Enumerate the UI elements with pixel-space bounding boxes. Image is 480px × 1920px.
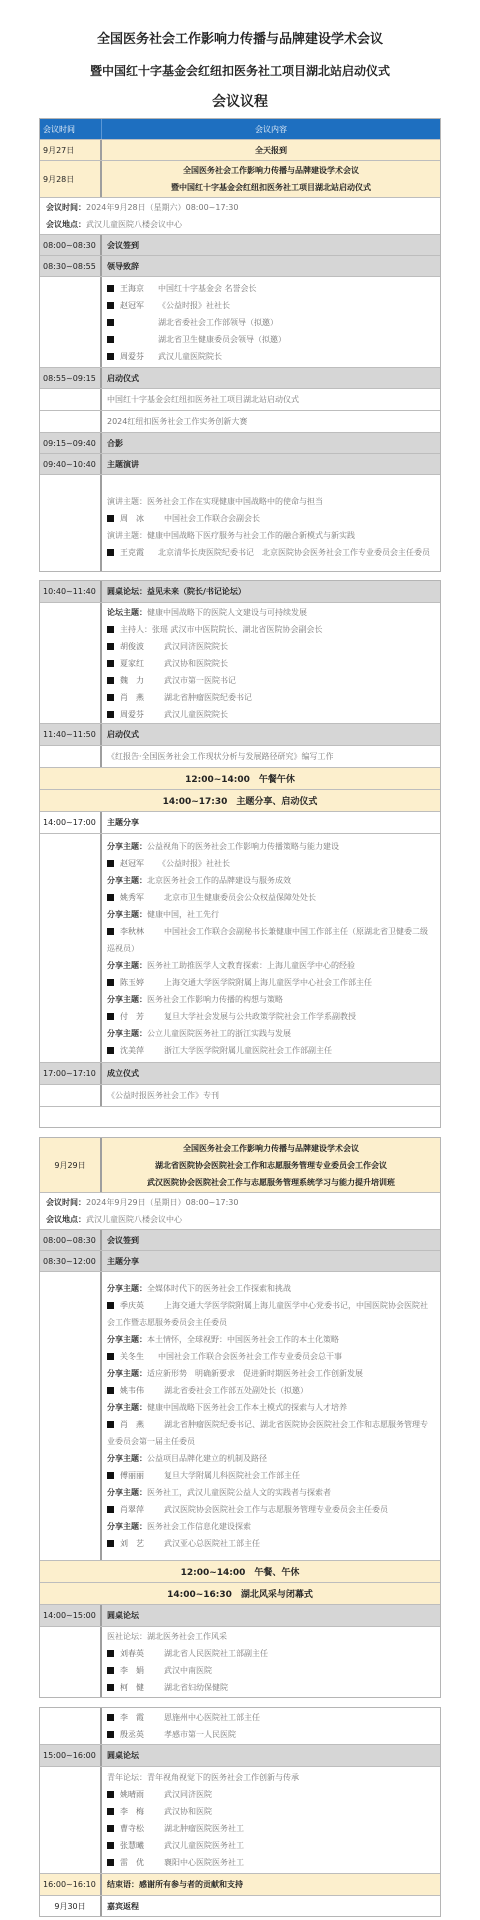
section-title: 主题分享 bbox=[102, 812, 440, 833]
person-name: 陈玉婷 bbox=[120, 974, 164, 991]
header-time: 会议时间 bbox=[40, 119, 102, 139]
section-title: 合影 bbox=[102, 433, 440, 453]
person-name: 曹寺松 bbox=[120, 1820, 164, 1837]
person-role: 武汉同济医院院长 bbox=[164, 642, 228, 651]
table-row: 16:00~16:10 结束语：感谢所有参与者的贡献和支持 bbox=[40, 1874, 440, 1896]
person-role: 中国社会工作联合会副会长 bbox=[164, 514, 260, 523]
person-name: 肖 燕 bbox=[120, 1416, 164, 1433]
section-title: 圆桌论坛 bbox=[102, 1605, 440, 1626]
talk-topic: 公益视角下的医务社会工作影响力传播策略与能力建设 bbox=[147, 842, 339, 851]
person-role: 北京市卫生健康委员会公众权益保障处处长 bbox=[164, 893, 316, 902]
bullet-square-icon bbox=[107, 1808, 114, 1815]
talk-topic: 医务社会工作在实现健康中国战略中的使命与担当 bbox=[147, 497, 323, 506]
time-cell: 08:00~08:30 bbox=[40, 1230, 102, 1250]
table-row-day28: 9月28日 全国医务社会工作影响力传播与品牌建设学术会议 暨中国红十字基金会红纽… bbox=[40, 161, 440, 198]
time-cell: 08:30~08:55 bbox=[40, 256, 102, 276]
person-role: 武汉市第一医院书记 bbox=[164, 676, 236, 685]
person-role: 北京清华长庚医院纪委书记 北京医院协会医务社会工作专业委员会主任委员 bbox=[158, 548, 430, 557]
content-cell: 全天报到 bbox=[102, 140, 440, 160]
person-name: 胡俊波 bbox=[120, 638, 164, 655]
person-name: 殷丞英 bbox=[120, 1726, 164, 1743]
place-label: 会议地点： bbox=[46, 220, 86, 229]
time-cell: 11:40~11:50 bbox=[40, 724, 102, 745]
lunch-row: 12:00~14:00 午餐、午休 bbox=[40, 1561, 440, 1583]
person-role: 湖北肿瘤医院医务社工 bbox=[164, 1824, 244, 1833]
content-cell: 全国医务社会工作影响力传播与品牌建设学术会议 暨中国红十字基金会红纽扣医务社工项… bbox=[102, 161, 440, 197]
talk-topic: 公立儿童医院医务社工的浙江实践与发展 bbox=[147, 1029, 291, 1038]
table-row: 14:00~17:00 主题分享 bbox=[40, 812, 440, 834]
time-cell: 15:00~16:00 bbox=[40, 1745, 102, 1766]
person-name: 雷 优 bbox=[120, 1854, 164, 1871]
content-cell: 嘉宾返程 bbox=[102, 1896, 440, 1916]
table-row: 论坛主题：健康中国战略下的医院人文建设与可持续发展 主持人：张瑶 武汉市中医院院… bbox=[40, 603, 440, 724]
agenda-table-part2: 10:40~11:40 圆桌论坛：益见未来（院长/书记论坛） 论坛主题：健康中国… bbox=[39, 580, 441, 1128]
person-role: 湖北省委社会工作部领导（拟邀） bbox=[158, 318, 278, 327]
place-label: 会议地点： bbox=[46, 1215, 86, 1224]
time-cell: 09:40~10:40 bbox=[40, 454, 102, 474]
person-role: 武汉医院协会医院社会工作与志愿服务管理专业委员会主任委员 bbox=[164, 1505, 388, 1514]
person-name: 关冬生 bbox=[120, 1348, 158, 1365]
person-name: 周爱芬 bbox=[120, 706, 164, 723]
lunch-row: 12:00~14:00 午餐午休 bbox=[40, 768, 440, 790]
talk-label: 演讲主题： bbox=[107, 497, 147, 506]
table-row: 17:00~17:10 成立仪式 bbox=[40, 1063, 440, 1085]
person-role: 武汉协和医院院长 bbox=[164, 659, 228, 668]
person-name: 刘 艺 bbox=[120, 1535, 164, 1552]
time-cell: 14:00~17:00 bbox=[40, 812, 102, 833]
bullet-square-icon bbox=[107, 1472, 114, 1479]
main-title: 全国医务社会工作影响力传播与品牌建设学术会议 bbox=[0, 24, 480, 56]
bullet-square-icon bbox=[107, 928, 114, 935]
table-row: 08:55~09:15 启动仪式 bbox=[40, 368, 440, 389]
person-role: 湖北省妇幼保健院 bbox=[164, 1683, 228, 1692]
empty-cell bbox=[40, 1085, 102, 1106]
bullet-square-icon bbox=[107, 626, 114, 633]
bullet-square-icon bbox=[107, 353, 114, 360]
bullet-square-icon bbox=[107, 894, 114, 901]
talk-label: 分享主题： bbox=[107, 1454, 147, 1463]
table-row: 09:40~10:40 主题演讲 bbox=[40, 454, 440, 475]
agenda-table-part1: 会议时间 会议内容 9月27日 全天报到 9月28日 全国医务社会工作影响力传播… bbox=[39, 118, 441, 572]
table-row: 青年论坛：青年视角视觉下的医务社会工作创新与传承 姚晴雨武汉同济医院 李 梅武汉… bbox=[40, 1767, 440, 1874]
person-role: 中国社会工作联合会医务社会工作专业委员会总干事 bbox=[158, 1352, 342, 1361]
talk-label: 分享主题： bbox=[107, 1488, 147, 1497]
host-label: 主持人： bbox=[120, 625, 152, 634]
lunch-break: 12:00~14:00 午餐午休 bbox=[40, 768, 440, 789]
bullet-square-icon bbox=[107, 1302, 114, 1309]
person-role: 《公益时报》社社长 bbox=[158, 859, 230, 868]
table-row-day29: 9月29日 全国医务社会工作影响力传播与品牌建设学术会议 湖北省医院协会医院社会… bbox=[40, 1138, 440, 1193]
person-role: 恩施州中心医院社工部主任 bbox=[164, 1713, 260, 1722]
empty-cell bbox=[40, 1708, 102, 1744]
time-cell: 14:00~15:00 bbox=[40, 1605, 102, 1626]
table-row: 王海京中国红十字基金会 名誉会长 赵冠军《公益时报》社社长 湖北省委社会工作部领… bbox=[40, 277, 440, 368]
person-role: 武汉同济医院 bbox=[164, 1790, 212, 1799]
section-title: 圆桌论坛 bbox=[102, 1745, 440, 1766]
content-cell: 《红报告·全国医务社会工作现状分析与发展路径研究》编写工作 bbox=[102, 746, 440, 767]
bullet-square-icon bbox=[107, 1731, 114, 1738]
person-name: 赵冠军 bbox=[120, 855, 158, 872]
bullet-square-icon bbox=[107, 336, 114, 343]
person-name: 赵冠军 bbox=[120, 297, 158, 314]
date-cell: 9月30日 bbox=[40, 1896, 102, 1916]
section-title: 主题演讲 bbox=[102, 454, 440, 474]
person-role: 中国红十字基金会 名誉会长 bbox=[158, 284, 257, 293]
forum-list: 论坛主题：健康中国战略下的医院人文建设与可持续发展 主持人：张瑶 武汉市中医院院… bbox=[102, 603, 440, 723]
section-title: 会议签到 bbox=[102, 1230, 440, 1250]
time-label: 会议时间： bbox=[46, 203, 86, 212]
talk-label: 分享主题： bbox=[107, 910, 147, 919]
agenda-table-part3: 9月29日 全国医务社会工作影响力传播与品牌建设学术会议 湖北省医院协会医院社会… bbox=[39, 1137, 441, 1698]
person-role: 浙江大学医学院附属儿童医院社会工作部副主任 bbox=[164, 1046, 332, 1055]
person-role: 湖北省人民医院社工部副主任 bbox=[164, 1649, 268, 1658]
table-row: 14:00~15:00 圆桌论坛 bbox=[40, 1605, 440, 1627]
talk-label: 分享主题： bbox=[107, 995, 147, 1004]
afternoon-session: 14:00~17:30 主题分享、启动仪式 bbox=[40, 790, 440, 811]
person-name: 周爱芬 bbox=[120, 348, 158, 365]
sub-title: 暨中国红十字基金会红纽扣医务社工项目湖北站启动仪式 bbox=[0, 56, 480, 86]
bullet-square-icon bbox=[107, 1859, 114, 1866]
person-role: 武汉儿童医院院长 bbox=[164, 710, 228, 719]
person-role: 湖北省卫生健康委员会领导（拟邀） bbox=[158, 335, 286, 344]
bullet-square-icon bbox=[107, 1540, 114, 1547]
talk-topic: 本土情怀，全球视野：中国医务社会工作的本土化策略 bbox=[147, 1335, 339, 1344]
talk-label: 分享主题： bbox=[107, 1029, 147, 1038]
talk-topic: 健康中国战略下医疗服务与社会工作的融合新模式与新实践 bbox=[147, 531, 355, 540]
person-name: 肖 燕 bbox=[120, 689, 164, 706]
person-name: 姚晴雨 bbox=[120, 1786, 164, 1803]
bullet-square-icon bbox=[107, 285, 114, 292]
forum-list-cont: 李 霞恩施州中心医院社工部主任 殷丞英孝感市第一人民医院 bbox=[102, 1708, 440, 1744]
day-title: 暨中国红十字基金会红纽扣医务社工项目湖北站启动仪式 bbox=[171, 179, 371, 196]
talk-label: 分享主题： bbox=[107, 1335, 147, 1344]
table-row: 15:00~16:00 圆桌论坛 bbox=[40, 1745, 440, 1767]
place-value: 武汉儿童医院八楼会议中心 bbox=[86, 1215, 182, 1224]
empty-cell bbox=[40, 389, 102, 410]
talk-label: 分享主题： bbox=[107, 876, 147, 885]
table-row: 中国红十字基金会红纽扣医务社工项目湖北站启动仪式 bbox=[40, 389, 440, 411]
bullet-square-icon bbox=[107, 1506, 114, 1513]
list-item: 湖北省委社会工作部领导（拟邀） bbox=[107, 314, 435, 331]
empty-cell bbox=[40, 1767, 102, 1873]
empty-cell bbox=[40, 603, 102, 723]
agenda-titles: 全国医务社会工作影响力传播与品牌建设学术会议 暨中国红十字基金会红纽扣医务社工项… bbox=[0, 0, 480, 118]
time-cell: 08:00~08:30 bbox=[40, 235, 102, 255]
date-cell: 9月27日 bbox=[40, 140, 102, 160]
empty-cell bbox=[40, 411, 102, 432]
talk-label: 分享主题： bbox=[107, 1284, 147, 1293]
table-row: 08:00~08:30 会议签到 bbox=[40, 235, 440, 256]
bullet-square-icon bbox=[107, 1387, 114, 1394]
time-cell: 09:15~09:40 bbox=[40, 433, 102, 453]
person-role: 武汉协和医院 bbox=[164, 1807, 212, 1816]
talk-topic: 医务社工，武汉儿童医院公益人文的实践者与探索者 bbox=[147, 1488, 331, 1497]
afternoon-row: 14:00~17:30 主题分享、启动仪式 bbox=[40, 790, 440, 812]
talk-label: 分享主题： bbox=[107, 1522, 147, 1531]
host-value: 张瑶 武汉市中医院院长、湖北省医院协会副会长 bbox=[152, 625, 323, 634]
time-cell: 08:55~09:15 bbox=[40, 368, 102, 388]
table-row: 10:40~11:40 圆桌论坛：益见未来（院长/书记论坛） bbox=[40, 581, 440, 603]
meeting-info-day28: 会议时间：2024年9月28日（星期六）08:00~17:30 会议地点：武汉儿… bbox=[40, 198, 440, 235]
person-role: 湖北省肿瘤医院纪委书记 bbox=[164, 693, 252, 702]
bullet-square-icon bbox=[107, 319, 114, 326]
table-row: 2024红纽扣医务社会工作实务创新大赛 bbox=[40, 411, 440, 433]
time-cell: 17:00~17:10 bbox=[40, 1063, 102, 1084]
table-row: 《红报告·全国医务社会工作现状分析与发展路径研究》编写工作 bbox=[40, 746, 440, 768]
person-name: 季庆英 bbox=[120, 1297, 164, 1314]
content-cell: 2024红纽扣医务社会工作实务创新大赛 bbox=[102, 411, 440, 432]
table-row: 09:15~09:40 合影 bbox=[40, 433, 440, 454]
list-item: 王海京中国红十字基金会 名誉会长 bbox=[107, 280, 435, 297]
section-title: 会议签到 bbox=[102, 235, 440, 255]
speaker-list: 王海京中国红十字基金会 名誉会长 赵冠军《公益时报》社社长 湖北省委社会工作部领… bbox=[102, 277, 440, 367]
table-row: 演讲主题：医务社会工作在实现健康中国战略中的使命与担当 周 冰中国社会工作联合会… bbox=[40, 475, 440, 571]
theme-label: 论坛主题： bbox=[107, 608, 147, 617]
day-title: 全国医务社会工作影响力传播与品牌建设学术会议 bbox=[183, 1140, 359, 1157]
empty-cell bbox=[40, 746, 102, 767]
content-cell: 全国医务社会工作影响力传播与品牌建设学术会议 湖北省医院协会医院社会工作和志愿服… bbox=[102, 1138, 440, 1192]
theme-label: 医社论坛： bbox=[107, 1632, 147, 1641]
talk-label: 分享主题： bbox=[107, 961, 147, 970]
bullet-square-icon bbox=[107, 1047, 114, 1054]
bullet-square-icon bbox=[107, 515, 114, 522]
person-role: 武汉儿童医院医务社工 bbox=[164, 1841, 244, 1850]
theme-value: 湖北医务社会工作风采 bbox=[147, 1632, 227, 1641]
bullet-square-icon bbox=[107, 1667, 114, 1674]
talk-label: 演讲主题： bbox=[107, 531, 147, 540]
table-row: 08:30~08:55 领导致辞 bbox=[40, 256, 440, 277]
afternoon-session: 14:00~16:30 湖北风采与闭幕式 bbox=[40, 1583, 440, 1604]
person-name: 周 冰 bbox=[120, 510, 164, 527]
day-title: 湖北省医院协会医院社会工作和志愿服务管理专业委员会工作会议 bbox=[155, 1157, 387, 1174]
person-name: 李 娟 bbox=[120, 1662, 164, 1679]
bullet-square-icon bbox=[107, 860, 114, 867]
bullet-square-icon bbox=[107, 302, 114, 309]
table-header: 会议时间 会议内容 bbox=[40, 119, 440, 140]
bullet-square-icon bbox=[107, 549, 114, 556]
bullet-square-icon bbox=[107, 694, 114, 701]
section-title: 成立仪式 bbox=[102, 1063, 440, 1084]
section-title: 主题分享 bbox=[102, 1251, 440, 1271]
talk-label: 分享主题： bbox=[107, 1369, 147, 1378]
person-name: 姚秀军 bbox=[120, 889, 164, 906]
youth-forum-list: 青年论坛：青年视角视觉下的医务社会工作创新与传承 姚晴雨武汉同济医院 李 梅武汉… bbox=[102, 1767, 440, 1873]
theme-label: 青年论坛： bbox=[107, 1773, 147, 1782]
person-name: 付 芳 bbox=[120, 1008, 164, 1025]
bullet-square-icon bbox=[107, 660, 114, 667]
table-row-day27: 9月27日 全天报到 bbox=[40, 140, 440, 161]
place-value: 武汉儿童医院八楼会议中心 bbox=[86, 220, 182, 229]
talk-topic: 医务社会工作影响力传播的构想与策略 bbox=[147, 995, 283, 1004]
table-row: 医社论坛：湖北医务社会工作风采 刘春英湖北省人民医院社工部副主任 李 娟武汉中南… bbox=[40, 1627, 440, 1697]
content-cell: 中国红十字基金会红纽扣医务社工项目湖北站启动仪式 bbox=[102, 389, 440, 410]
list-item: 周爱芬武汉儿童医院院长 bbox=[107, 348, 435, 365]
person-role: 复旦大学附属儿科医院社会工作部主任 bbox=[164, 1471, 300, 1480]
person-name: 沈美萍 bbox=[120, 1042, 164, 1059]
sharing-list: 分享主题：公益视角下的医务社会工作影响力传播策略与能力建设 赵冠军《公益时报》社… bbox=[102, 834, 440, 1062]
talk-label: 分享主题： bbox=[107, 1403, 147, 1412]
table-row: 08:00~08:30 会议签到 bbox=[40, 1230, 440, 1251]
bullet-square-icon bbox=[107, 1842, 114, 1849]
empty-cell bbox=[40, 1627, 102, 1697]
person-name: 李 霞 bbox=[120, 1709, 164, 1726]
bullet-square-icon bbox=[107, 979, 114, 986]
bullet-square-icon bbox=[107, 677, 114, 684]
empty-cell bbox=[40, 834, 102, 1062]
day-title: 全国医务社会工作影响力传播与品牌建设学术会议 bbox=[183, 162, 359, 179]
time-cell: 08:30~12:00 bbox=[40, 1251, 102, 1271]
person-role: 襄阳中心医院医务社工 bbox=[164, 1858, 244, 1867]
info-cell: 会议时间：2024年9月29日（星期日）08:00~17:30 会议地点：武汉儿… bbox=[40, 1193, 440, 1229]
section-title: 领导致辞 bbox=[102, 256, 440, 276]
person-name: 王海京 bbox=[120, 280, 158, 297]
person-role: 上海交通大学医学院附属上海儿童医学中心社会工作部主任 bbox=[164, 978, 372, 987]
theme-value: 健康中国战略下的医院人文建设与可持续发展 bbox=[147, 608, 307, 617]
empty-cell bbox=[40, 277, 102, 367]
person-role: 孝感市第一人民医院 bbox=[164, 1730, 236, 1739]
day-title: 武汉医院协会医院社会工作与志愿服务管理系统学习与能力提升培训班 bbox=[147, 1174, 395, 1191]
closing-remarks: 结束语：感谢所有参与者的贡献和支持 bbox=[102, 1874, 440, 1895]
empty-cell bbox=[40, 1272, 102, 1560]
bullet-square-icon bbox=[107, 1353, 114, 1360]
content-cell: 《公益时报医务社会工作》专刊 bbox=[102, 1085, 440, 1106]
date-cell: 9月29日 bbox=[40, 1138, 102, 1192]
table-row: 11:40~11:50 启动仪式 bbox=[40, 724, 440, 746]
bullet-square-icon bbox=[107, 1825, 114, 1832]
section-title: 启动仪式 bbox=[102, 368, 440, 388]
person-role: 复旦大学社会发展与公共政策学院社会工作学系副教授 bbox=[164, 1012, 356, 1021]
bullet-square-icon bbox=[107, 1421, 114, 1428]
bullet-square-icon bbox=[107, 1013, 114, 1020]
talk-label: 分享主题： bbox=[107, 842, 147, 851]
person-name: 魏 力 bbox=[120, 672, 164, 689]
table-row: 李 霞恩施州中心医院社工部主任 殷丞英孝感市第一人民医院 bbox=[40, 1708, 440, 1745]
keynote-list: 演讲主题：医务社会工作在实现健康中国战略中的使命与担当 周 冰中国社会工作联合会… bbox=[102, 475, 440, 571]
person-name: 刘春英 bbox=[120, 1645, 164, 1662]
bullet-square-icon bbox=[107, 1650, 114, 1657]
person-name: 张慧曦 bbox=[120, 1837, 164, 1854]
talk-topic: 公益项目品牌化建立的机制及路径 bbox=[147, 1454, 267, 1463]
talk-topic: 健康中国战略下医务社会工作本土模式的探索与人才培养 bbox=[147, 1403, 347, 1412]
person-role: 湖北省委社会工作部五处副处长（拟邀） bbox=[164, 1386, 308, 1395]
time-value: 2024年9月28日（星期六）08:00~17:30 bbox=[86, 203, 238, 212]
list-item: 赵冠军《公益时报》社社长 bbox=[107, 297, 435, 314]
time-cell: 16:00~16:10 bbox=[40, 1874, 102, 1895]
person-role: 武汉中南医院 bbox=[164, 1666, 212, 1675]
section-title: 圆桌论坛：益见未来（院长/书记论坛） bbox=[102, 581, 440, 602]
table-row-day30: 9月30日 嘉宾返程 bbox=[40, 1896, 440, 1916]
person-role: 《公益时报》社社长 bbox=[158, 301, 230, 310]
empty-cell bbox=[40, 1107, 440, 1127]
person-name: 夏家红 bbox=[120, 655, 164, 672]
section-title: 启动仪式 bbox=[102, 724, 440, 745]
empty-cell bbox=[40, 475, 102, 571]
list-item: 湖北省卫生健康委员会领导（拟邀） bbox=[107, 331, 435, 348]
talk-topic: 医务社工助推医学人文教育探索：上海儿童医学中心的经验 bbox=[147, 961, 355, 970]
table-row: 08:30~12:00 主题分享 bbox=[40, 1251, 440, 1272]
person-role: 武汉亚心总医院社工部主任 bbox=[164, 1539, 260, 1548]
person-name: 李秋林 bbox=[120, 923, 164, 940]
time-label: 会议时间： bbox=[46, 1198, 86, 1207]
person-name: 傅丽丽 bbox=[120, 1467, 164, 1484]
bullet-square-icon bbox=[107, 1791, 114, 1798]
forum-list: 医社论坛：湖北医务社会工作风采 刘春英湖北省人民医院社工部副主任 李 娟武汉中南… bbox=[102, 1627, 440, 1697]
meeting-info-day29: 会议时间：2024年9月29日（星期日）08:00~17:30 会议地点：武汉儿… bbox=[40, 1193, 440, 1230]
bullet-square-icon bbox=[107, 711, 114, 718]
bullet-square-icon bbox=[107, 1714, 114, 1721]
theme-value: 青年视角视觉下的医务社会工作创新与传承 bbox=[147, 1773, 299, 1782]
person-role: 武汉儿童医院院长 bbox=[158, 352, 222, 361]
time-cell: 10:40~11:40 bbox=[40, 581, 102, 602]
talk-topic: 北京医务社会工作的品牌建设与服务成效 bbox=[147, 876, 291, 885]
afternoon-row: 14:00~16:30 湖北风采与闭幕式 bbox=[40, 1583, 440, 1605]
bullet-square-icon bbox=[107, 643, 114, 650]
bullet-square-icon bbox=[107, 1684, 114, 1691]
lunch-break: 12:00~14:00 午餐、午休 bbox=[40, 1561, 440, 1582]
sharing-list: 分享主题：全媒体时代下的医务社会工作探索和挑战 季庆英上海交通大学医学院附属上海… bbox=[102, 1272, 440, 1560]
person-name: 王克霞 bbox=[120, 544, 158, 561]
table-row: 分享主题：公益视角下的医务社会工作影响力传播策略与能力建设 赵冠军《公益时报》社… bbox=[40, 834, 440, 1063]
table-row: 《公益时报医务社会工作》专刊 bbox=[40, 1085, 440, 1107]
talk-topic: 医务社会工作信息化建设探索 bbox=[147, 1522, 251, 1531]
agenda-table-part4: 李 霞恩施州中心医院社工部主任 殷丞英孝感市第一人民医院 15:00~16:00… bbox=[39, 1707, 441, 1917]
date-cell: 9月28日 bbox=[40, 161, 102, 197]
person-name: 李 梅 bbox=[120, 1803, 164, 1820]
person-name: 肖翠萍 bbox=[120, 1501, 164, 1518]
talk-topic: 全媒体时代下的医务社会工作探索和挑战 bbox=[147, 1284, 291, 1293]
blank-row bbox=[40, 1107, 440, 1127]
table-row: 分享主题：全媒体时代下的医务社会工作探索和挑战 季庆英上海交通大学医学院附属上海… bbox=[40, 1272, 440, 1561]
header-content: 会议内容 bbox=[102, 119, 440, 139]
time-value: 2024年9月29日（星期日）08:00~17:30 bbox=[86, 1198, 238, 1207]
info-cell: 会议时间：2024年9月28日（星期六）08:00~17:30 会议地点：武汉儿… bbox=[40, 198, 440, 234]
agenda-heading: 会议议程 bbox=[0, 86, 480, 118]
person-name: 柯 健 bbox=[120, 1679, 164, 1696]
person-name: 姚韦伟 bbox=[120, 1382, 164, 1399]
talk-topic: 适应新形势 明确新要求 促进新时期医务社会工作创新发展 bbox=[147, 1369, 363, 1378]
talk-topic: 健康中国，社工先行 bbox=[147, 910, 219, 919]
